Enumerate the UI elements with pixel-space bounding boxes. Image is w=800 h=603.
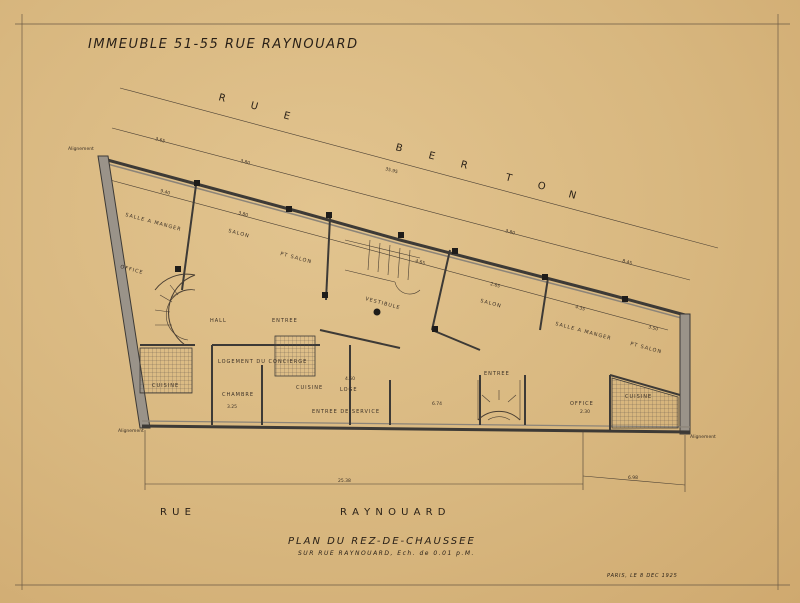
svg-text:R: R: [459, 159, 470, 172]
bottom-dimensions: 25.38 6.98: [145, 430, 685, 492]
svg-text:E: E: [282, 110, 292, 123]
dim-line-overall: [120, 88, 718, 248]
svg-text:R: R: [217, 92, 228, 105]
drawing-sheet: IMMEUBLE 51-55 RUE RAYNOUARD 35.95 3.65 …: [0, 0, 800, 603]
room-cuisine-concierge: CUISINE: [296, 385, 323, 391]
svg-text:B: B: [394, 142, 404, 155]
room-pt-salon-left: PT SALON: [279, 251, 312, 265]
staircase-vestibule: [345, 240, 420, 294]
svg-text:O: O: [536, 180, 547, 193]
room-vestibule: VESTIBULE: [364, 296, 401, 311]
svg-text:E: E: [427, 150, 437, 163]
room-entree-right: ENTREE: [484, 371, 510, 377]
room-salle-a-manger-left: SALLE A MANGER: [124, 212, 182, 233]
dim-bottom-right: 6.98: [628, 475, 638, 481]
dim-inner7: 3.50: [647, 324, 658, 332]
room-entree-left: ENTREE: [272, 318, 298, 324]
interior-walls: [140, 185, 680, 430]
alignment-right-bottom: Alignement: [690, 434, 716, 440]
staircase-right: [478, 380, 520, 420]
room-entree-service: ENTREE DE SERVICE: [312, 409, 380, 415]
staircase-left: [155, 274, 195, 345]
dim-inner1: 9.40: [159, 188, 170, 196]
street-label-rue: R U E: [160, 507, 192, 518]
alignment-left-top: Alignement: [68, 146, 94, 152]
date-signature: PARIS, LE 8 DEC 1925: [607, 573, 678, 579]
room-cuisine-left: CUISINE: [152, 383, 179, 389]
columns: [175, 180, 628, 332]
svg-text:N: N: [567, 189, 578, 202]
dim-inner5: 4.35: [574, 304, 585, 312]
dim-seg4: 3.80: [504, 228, 515, 236]
room-salon-right: SALON: [479, 298, 502, 309]
room-hall: HALL: [210, 318, 227, 324]
plan-subtitle: SUR RUE RAYNOUARD, Ech. de 0.01 p.M.: [298, 550, 475, 557]
room-salon-left: SALON: [227, 228, 250, 239]
svg-text:U: U: [249, 100, 260, 113]
room-cuisine-right: CUISINE: [625, 394, 652, 400]
dim-entree: 6.74: [432, 401, 442, 407]
dim-seg1: 3.65: [154, 136, 165, 144]
floor-plan: IMMEUBLE 51-55 RUE RAYNOUARD 35.95 3.65 …: [0, 0, 800, 603]
dim-seg2: 3.80: [239, 158, 250, 166]
room-chambre: CHAMBRE: [222, 392, 254, 398]
dim-inner2: 3.80: [237, 210, 248, 218]
dim-loge: 4.50: [345, 376, 355, 382]
room-loge: LOGE: [340, 387, 358, 393]
dim-seg5: 8.45: [621, 258, 632, 266]
room-salle-a-manger-right: SALLE A MANGER: [554, 321, 612, 342]
dim-chambre: 3.25: [227, 404, 237, 410]
street-label-raynouard: R A Y N O U A R D: [340, 507, 447, 518]
room-logement: LOGEMENT DU CONCIERGE: [218, 359, 307, 365]
dim-bottom-overall: 25.38: [338, 478, 351, 484]
dim-inner3: 4.65: [414, 258, 425, 266]
plan-title: PLAN DU REZ-DE-CHAUSSEE: [288, 536, 476, 547]
room-pt-salon-right: PT SALON: [629, 341, 662, 355]
alignment-left-bottom: Alignement: [118, 428, 144, 434]
dim-inner4: 2.65: [489, 281, 500, 289]
street-label-berton: R U E B E R T O N: [217, 92, 578, 202]
room-office-right: OFFICE: [570, 401, 594, 407]
dim-overall-top: 35.95: [384, 166, 398, 175]
drawing-title: IMMEUBLE 51-55 RUE RAYNOUARD: [88, 37, 359, 52]
svg-text:T: T: [503, 172, 514, 185]
tiled-kitchen-concierge: [275, 336, 315, 376]
dim-office: 2.30: [580, 409, 590, 415]
